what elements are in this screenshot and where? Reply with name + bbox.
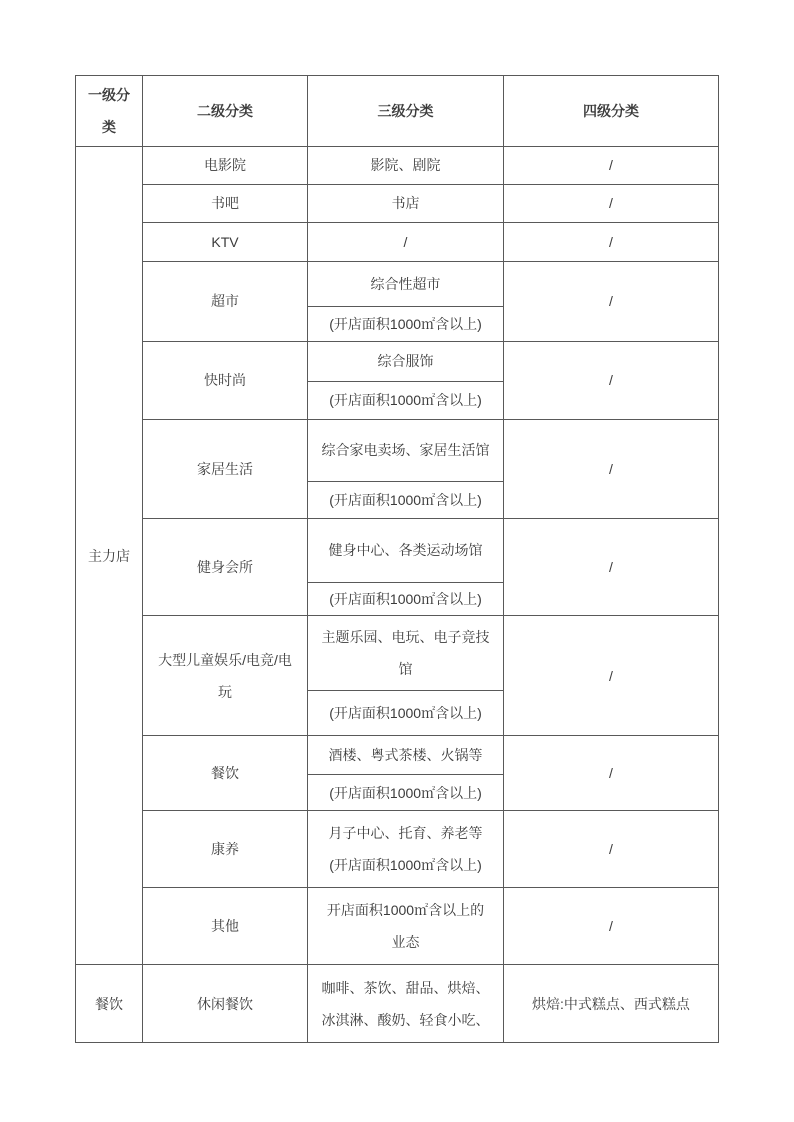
level3-cell-note: (开店面积1000㎡含以上) [308,382,504,420]
level2-cell: 大型儿童娱乐/电竞/电 玩 [143,616,308,736]
level1-cell-anchor-store: 主力店 [76,147,143,965]
level3-cell: / [308,223,504,262]
level4-cell: / [504,420,719,519]
level3-cell-note: (开店面积1000㎡含以上) [308,482,504,519]
level4-cell: / [504,519,719,616]
level3-cell-note: (开店面积1000㎡含以上) [308,583,504,616]
level1-cell-dining: 餐饮 [76,965,143,1043]
level4-cell: / [504,888,719,965]
header-cell-level4: 四级分类 [504,76,719,147]
table-row-cinema: 主力店 电影院 影院、剧院 / [76,147,719,185]
level4-cell: / [504,223,719,262]
level4-cell: / [504,147,719,185]
level2-cell: 超市 [143,262,308,342]
level4-cell: 烘焙:中式糕点、西式糕点 [504,965,719,1043]
table-row-wellness: 康养 月子中心、托育、养老等 (开店面积1000㎡含以上) / [76,811,719,888]
table-row-home-living: 家居生活 综合家电卖场、家居生活馆 / [76,420,719,482]
level3-cell-main: 酒楼、粤式茶楼、火锅等 [308,736,504,775]
level3-cell-main: 综合服饰 [308,342,504,382]
level3-cell-note: (开店面积1000㎡含以上) [308,691,504,736]
level4-cell: / [504,616,719,736]
level2-cell: 餐饮 [143,736,308,811]
table-row-fitness-club: 健身会所 健身中心、各类运动场馆 / [76,519,719,583]
level3-cell-main: 主题乐园、电玩、电子竞技 馆 [308,616,504,691]
level2-cell: 康养 [143,811,308,888]
level3-cell-main: 健身中心、各类运动场馆 [308,519,504,583]
level3-cell-note: (开店面积1000㎡含以上) [308,307,504,342]
header-cell-level1: 一级分 类 [76,76,143,147]
level2-cell: 家居生活 [143,420,308,519]
level2-cell: 健身会所 [143,519,308,616]
level4-cell: / [504,262,719,342]
level4-cell: / [504,736,719,811]
table-row-dining-anchor: 餐饮 酒楼、粤式茶楼、火锅等 / [76,736,719,775]
level3-cell: 影院、剧院 [308,147,504,185]
level2-cell: 快时尚 [143,342,308,420]
header-cell-level3: 三级分类 [308,76,504,147]
table-row-kids-esports: 大型儿童娱乐/电竞/电 玩 主题乐园、电玩、电子竞技 馆 / [76,616,719,691]
table-row-ktv: KTV / / [76,223,719,262]
level3-cell: 开店面积1000㎡含以上的 业态 [308,888,504,965]
level4-cell: / [504,185,719,223]
table-row-supermarket: 超市 综合性超市 / [76,262,719,307]
level2-cell: 书吧 [143,185,308,223]
level2-cell: 电影院 [143,147,308,185]
table-row-other: 其他 开店面积1000㎡含以上的 业态 / [76,888,719,965]
level2-cell: 其他 [143,888,308,965]
level3-cell-note: (开店面积1000㎡含以上) [308,775,504,811]
document-page: 一级分 类 二级分类 三级分类 四级分类 主力店 电影院 影院、剧院 / 书吧 … [0,0,794,1122]
level4-cell: / [504,811,719,888]
level2-cell: KTV [143,223,308,262]
table-row-casual-dining: 餐饮 休闲餐饮 咖啡、茶饮、甜品、烘焙、 冰淇淋、酸奶、轻食小吃、 烘焙:中式糕… [76,965,719,1043]
level3-cell: 月子中心、托育、养老等 (开店面积1000㎡含以上) [308,811,504,888]
level2-cell: 休闲餐饮 [143,965,308,1043]
classification-table: 一级分 类 二级分类 三级分类 四级分类 主力店 电影院 影院、剧院 / 书吧 … [75,75,719,1043]
level4-cell: / [504,342,719,420]
level3-cell-main: 综合性超市 [308,262,504,307]
table-row-book-bar: 书吧 书店 / [76,185,719,223]
level3-cell: 咖啡、茶饮、甜品、烘焙、 冰淇淋、酸奶、轻食小吃、 [308,965,504,1043]
table-header-row: 一级分 类 二级分类 三级分类 四级分类 [76,76,719,147]
header-cell-level2: 二级分类 [143,76,308,147]
level3-cell: 书店 [308,185,504,223]
level3-cell-main: 综合家电卖场、家居生活馆 [308,420,504,482]
table-row-fast-fashion: 快时尚 综合服饰 / [76,342,719,382]
